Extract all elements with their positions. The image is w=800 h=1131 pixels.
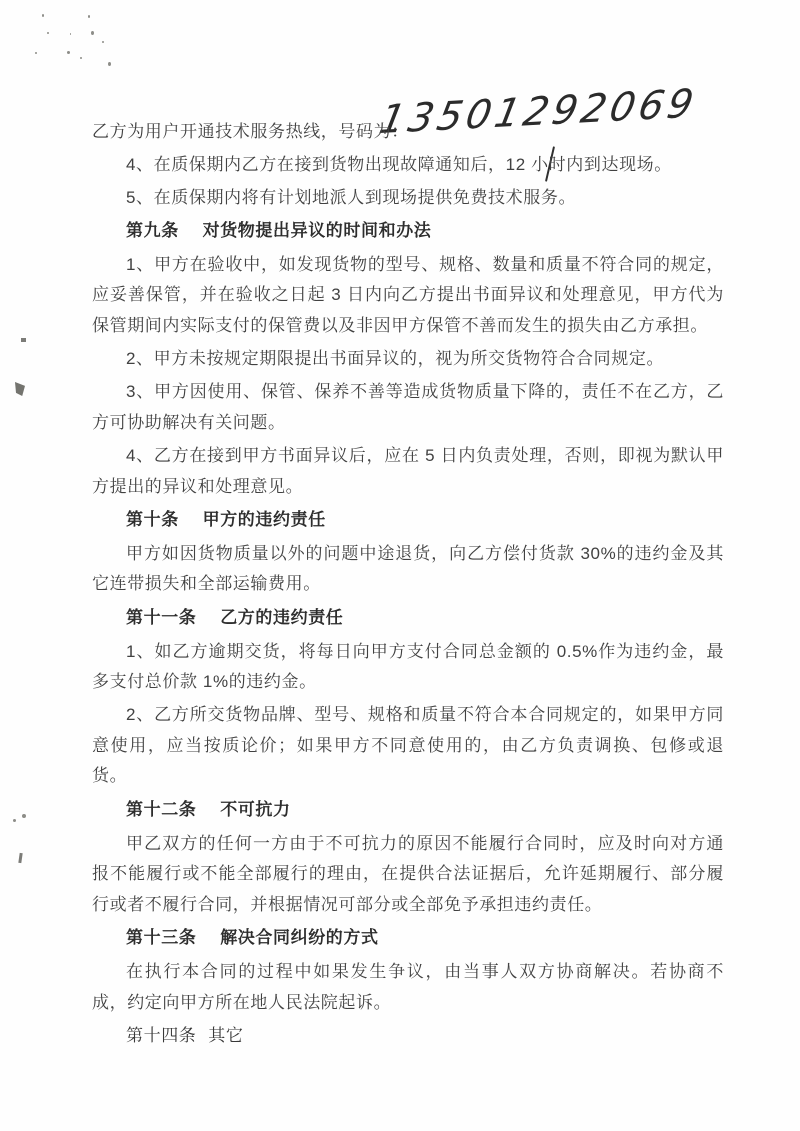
clauses-list: 第九条对货物提出异议的时间和办法1、甲方在验收中，如发现货物的型号、规格、数量和… — [92, 216, 724, 1051]
clause-paragraph: 3、甲方因使用、保管、保养不善等造成货物质量下降的，责任不在乙方，乙方可协助解决… — [92, 377, 724, 438]
clause-heading: 第十三条解决合同纠纷的方式 — [92, 923, 724, 954]
clause-number: 第九条 — [126, 221, 179, 240]
clause-heading: 第十四条其它 — [92, 1021, 724, 1052]
clause-paragraph: 2、甲方未按规定期限提出书面异议的，视为所交货物符合合同规定。 — [92, 344, 724, 375]
clause-paragraph: 1、如乙方逾期交货，将每日向甲方支付合同总金额的 0.5%作为违约金，最多支付总… — [92, 637, 724, 698]
scan-speck — [80, 57, 82, 59]
scan-speck — [88, 15, 90, 18]
warranty-items: 4、在质保期内乙方在接到货物出现故障通知后，12 小时内到达现场。5、在质保期内… — [92, 150, 724, 214]
scan-speck — [70, 33, 71, 35]
scan-speck — [108, 62, 111, 66]
clause-heading: 第十条甲方的违约责任 — [92, 505, 724, 536]
contract-body: 乙方为用户开通技术服务热线，号码为： 4、在质保期内乙方在接到货物出现故障通知后… — [92, 114, 724, 1055]
scan-speck — [67, 51, 70, 54]
clause-number: 第十一条 — [126, 608, 196, 627]
service-hotline-line: 乙方为用户开通技术服务热线，号码为： — [92, 117, 724, 148]
clause-paragraph: 在执行本合同的过程中如果发生争议，由当事人双方协商解决。若协商不成，约定向甲方所… — [92, 957, 724, 1018]
clause-number: 第十三条 — [126, 928, 196, 947]
clause-title: 不可抗力 — [220, 800, 290, 819]
clause-title: 乙方的违约责任 — [220, 608, 343, 627]
scan-speck — [35, 52, 37, 54]
clause-paragraph: 甲乙双方的任何一方由于不可抗力的原因不能履行合同时，应及时向对方通报不能履行或不… — [92, 829, 724, 921]
clause-paragraph: 甲方如因货物质量以外的问题中途退货，向乙方偿付货款 30%的违约金及其它连带损失… — [92, 539, 724, 600]
clause-heading: 第十二条不可抗力 — [92, 795, 724, 826]
clause-heading: 第十一条乙方的违约责任 — [92, 603, 724, 634]
scan-speck — [47, 32, 49, 34]
clause-number: 第十条 — [126, 510, 179, 529]
clause-title: 其它 — [208, 1026, 243, 1045]
clause-paragraph: 1、甲方在验收中，如发现货物的型号、规格、数量和质量不符合同的规定，应妥善保管，… — [92, 250, 724, 342]
scan-smudge — [18, 853, 22, 863]
clause-number: 第十四条 — [126, 1026, 196, 1045]
clause-title: 甲方的违约责任 — [203, 510, 326, 529]
clause-paragraph: 4、乙方在接到甲方书面异议后，应在 5 日内负责处理，否则，即视为默认甲方提出的… — [92, 441, 724, 502]
scan-speck — [102, 41, 104, 43]
scan-speck — [22, 814, 26, 818]
clause-title: 解决合同纠纷的方式 — [220, 928, 378, 947]
scan-speck — [13, 819, 16, 822]
scan-smudge — [21, 338, 26, 342]
clause-heading: 第九条对货物提出异议的时间和办法 — [92, 216, 724, 247]
clause-paragraph: 2、乙方所交货物品牌、型号、规格和质量不符合本合同规定的，如果甲方同意使用，应当… — [92, 700, 724, 792]
clause-title: 对货物提出异议的时间和办法 — [203, 221, 432, 240]
scanned-contract-page: 13501292069 乙方为用户开通技术服务热线，号码为： 4、在质保期内乙方… — [0, 0, 800, 1131]
warranty-item: 4、在质保期内乙方在接到货物出现故障通知后，12 小时内到达现场。 — [92, 150, 724, 181]
clause-number: 第十二条 — [126, 800, 196, 819]
scan-speck — [42, 14, 44, 17]
scan-smudge — [15, 382, 25, 396]
scan-speck — [91, 31, 94, 35]
warranty-item: 5、在质保期内将有计划地派人到现场提供免费技术服务。 — [92, 183, 724, 214]
